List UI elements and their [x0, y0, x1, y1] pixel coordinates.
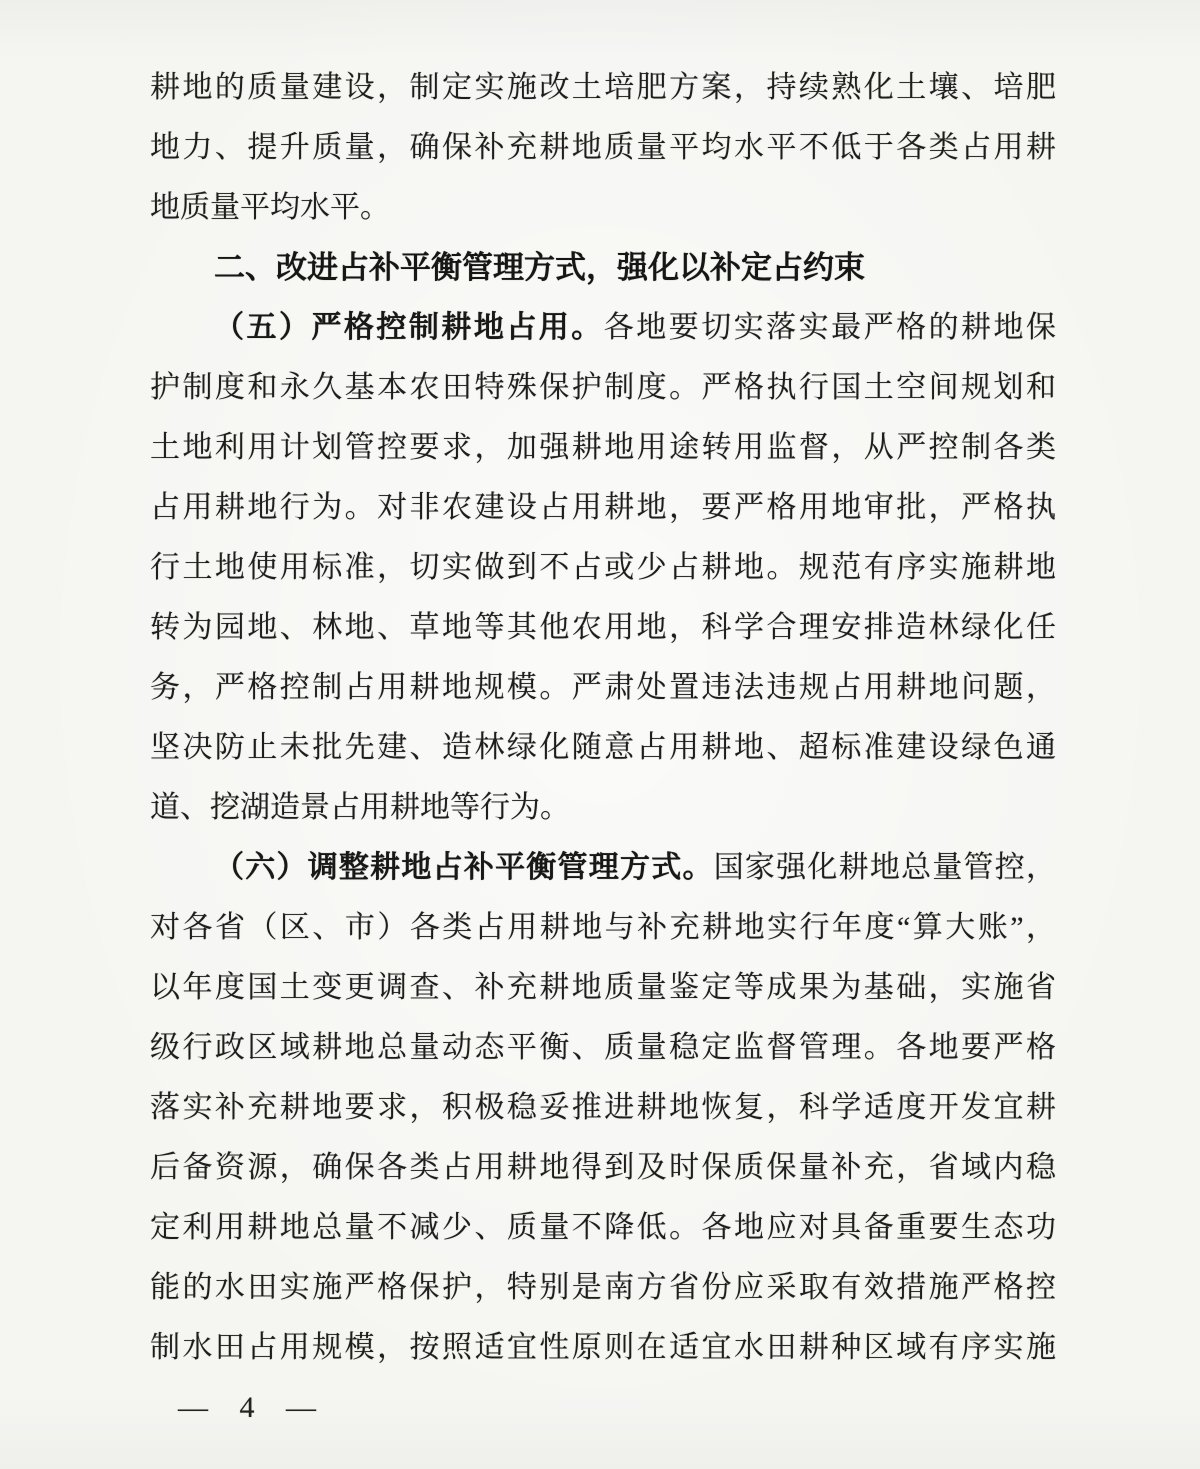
body-line: 坚决防止未批先建、造林绿化随意占用耕地、超标准建设绿色通: [150, 718, 1056, 778]
body-line: 土地利用计划管控要求，加强耕地用途转用监督，从严控制各类: [150, 418, 1056, 478]
body-line: 以年度国土变更调查、补充耕地质量鉴定等成果为基础，实施省: [150, 958, 1056, 1018]
body-line: 定利用耕地总量不减少、质量不降低。各地应对具备重要生态功: [150, 1198, 1056, 1258]
body-line: 后备资源，确保各类占用耕地得到及时保质保量补充，省域内稳: [150, 1138, 1056, 1198]
paragraph-lead: （五）严格控制耕地占用。: [214, 311, 604, 344]
body-line: 级行政区域耕地总量动态平衡、质量稳定监督管理。各地要严格: [150, 1018, 1056, 1078]
body-line: 落实补充耕地要求，积极稳妥推进耕地恢复，科学适度开发宜耕: [150, 1078, 1056, 1138]
body-line: 对各省（区、市）各类占用耕地与补充耕地实行年度“算大账”，: [150, 898, 1056, 958]
body-line: 能的水田实施严格保护，特别是南方省份应采取有效措施严格控: [150, 1258, 1056, 1318]
body-line: 护制度和永久基本农田特殊保护制度。严格执行国土空间规划和: [150, 358, 1056, 418]
body-line: 占用耕地行为。对非农建设占用耕地，要严格用地审批，严格执: [150, 478, 1056, 538]
page-number: — 4 —: [178, 1386, 328, 1430]
line-text: 国家强化耕地总量管控，: [714, 851, 1056, 884]
scan-artifact-dot: [1050, 513, 1055, 518]
body-line: 道、挖湖造景占用耕地等行为。: [150, 778, 1056, 838]
body-line: （六）调整耕地占补平衡管理方式。国家强化耕地总量管控，: [150, 838, 1056, 898]
paragraph-lead: （六）调整耕地占补平衡管理方式。: [214, 851, 714, 884]
body-line: 行土地使用标准，切实做到不占或少占耕地。规范有序实施耕地: [150, 538, 1056, 598]
body-line: 耕地的质量建设，制定实施改土培肥方案，持续熟化土壤、培肥: [150, 58, 1056, 118]
body-line: 转为园地、林地、草地等其他农用地，科学合理安排造林绿化任: [150, 598, 1056, 658]
body-line: 地力、提升质量，确保补充耕地质量平均水平不低于各类占用耕: [150, 118, 1056, 178]
line-text: 各地要切实落实最严格的耕地保: [604, 311, 1056, 344]
body-line: 制水田占用规模，按照适宜性原则在适宜水田耕种区域有序实施: [150, 1318, 1056, 1378]
body-line: 务，严格控制占用耕地规模。严肃处置违法违规占用耕地问题，: [150, 658, 1056, 718]
section-heading: 二、改进占补平衡管理方式，强化以补定占约束: [150, 238, 1056, 298]
body-line: 地质量平均水平。: [150, 178, 1056, 238]
body-line: （五）严格控制耕地占用。各地要切实落实最严格的耕地保: [150, 298, 1056, 358]
scanned-document-page: { "colors": { "paper": "#f5f5f2", "ink":…: [0, 0, 1200, 1469]
document-body: 耕地的质量建设，制定实施改土培肥方案，持续熟化土壤、培肥 地力、提升质量，确保补…: [150, 58, 1056, 1378]
